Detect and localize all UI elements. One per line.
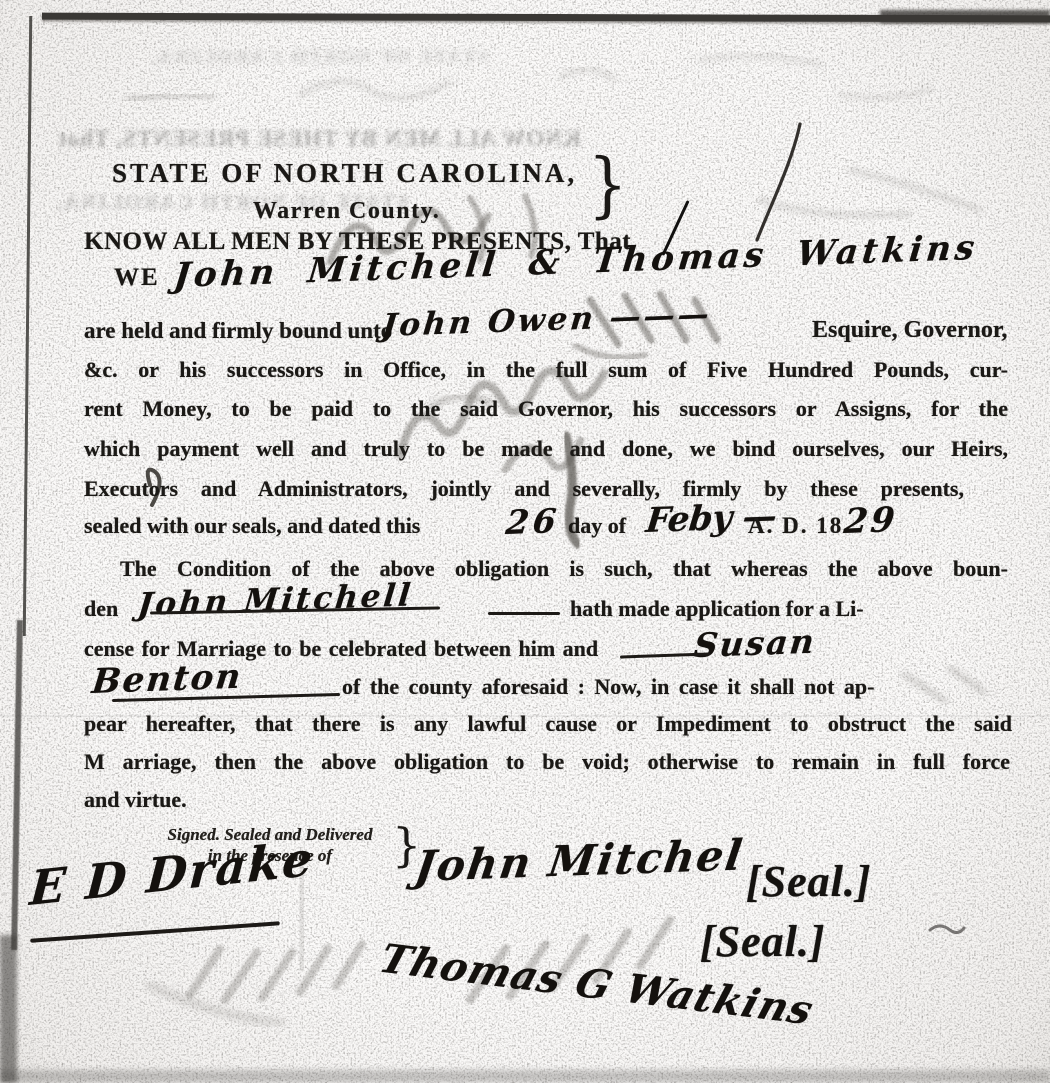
bleedthrough-text-mid: KNOW ALL MEN BY THESE PRESENTS, That: [58, 126, 581, 152]
condition-line5: pear hereafter, that there is any lawful…: [84, 711, 1012, 737]
condition-line7: and virtue.: [84, 787, 187, 813]
printed-rule-dash: [488, 612, 560, 615]
scan-bottom-band: [0, 1070, 1050, 1083]
condition-line1: The Condition of the above obligation is…: [120, 556, 1008, 582]
year-handwritten: 29: [842, 500, 900, 542]
seal-label-2: [Seal.]: [700, 916, 826, 967]
obligee-handwritten: John Owen ———: [380, 296, 714, 344]
condition-line4: of the county aforesaid : Now, in case i…: [342, 674, 875, 700]
bride-first-handwritten: Susan: [692, 622, 818, 665]
day-handwritten: 26: [504, 501, 562, 542]
condition-line6: M arriage, then the above obligation to …: [84, 749, 1010, 775]
anno-domini-text: A. D. 18: [748, 513, 843, 539]
we-label: WE: [114, 264, 160, 292]
body-line-successors: &c. or his successors in Office, in the …: [84, 357, 1008, 383]
witness-flourish: [30, 921, 280, 942]
scan-left-edge: [23, 16, 32, 636]
scan-bottom-left-strip: [0, 935, 17, 1083]
county-heading: Warren County.: [253, 198, 440, 225]
bleedthrough-text-top: STATE OF NORTH CAROLINA,: [150, 46, 489, 69]
sealed-dated-text: sealed with our seals, and dated this: [84, 513, 420, 539]
bondsman1-signature: John Mitchel: [412, 830, 747, 891]
den-label: den: [84, 596, 118, 622]
esquire-governor-text: Esquire, Governor,: [812, 317, 1007, 344]
seal-label-1: [Seal.]: [746, 856, 872, 907]
state-heading: STATE OF NORTH CAROLINA,: [112, 158, 577, 189]
scanned-marriage-bond-document: STATE OF NORTH CAROLINA, KNOW ALL MEN BY…: [0, 0, 1050, 1083]
condition-line2: hath made application for a Li-: [570, 596, 864, 622]
day-of-label: day of: [568, 513, 626, 539]
body-line-money: rent Money, to be paid to the said Gover…: [84, 396, 1008, 422]
header-brace: }: [588, 143, 627, 227]
condition-line3: cense for Marriage to be celebrated betw…: [84, 636, 598, 662]
body-line-payment: which payment well and truly to be made …: [84, 436, 1008, 462]
body-line-executors: Executors and Administrators, jointly an…: [84, 476, 964, 502]
bound-unto-text: are held and firmly bound unto: [84, 318, 392, 344]
applicant-handwritten: John Mitchell: [136, 577, 415, 623]
scan-left-edge-lower: [11, 620, 23, 950]
scan-top-edge-right-smear: [880, 10, 1050, 23]
